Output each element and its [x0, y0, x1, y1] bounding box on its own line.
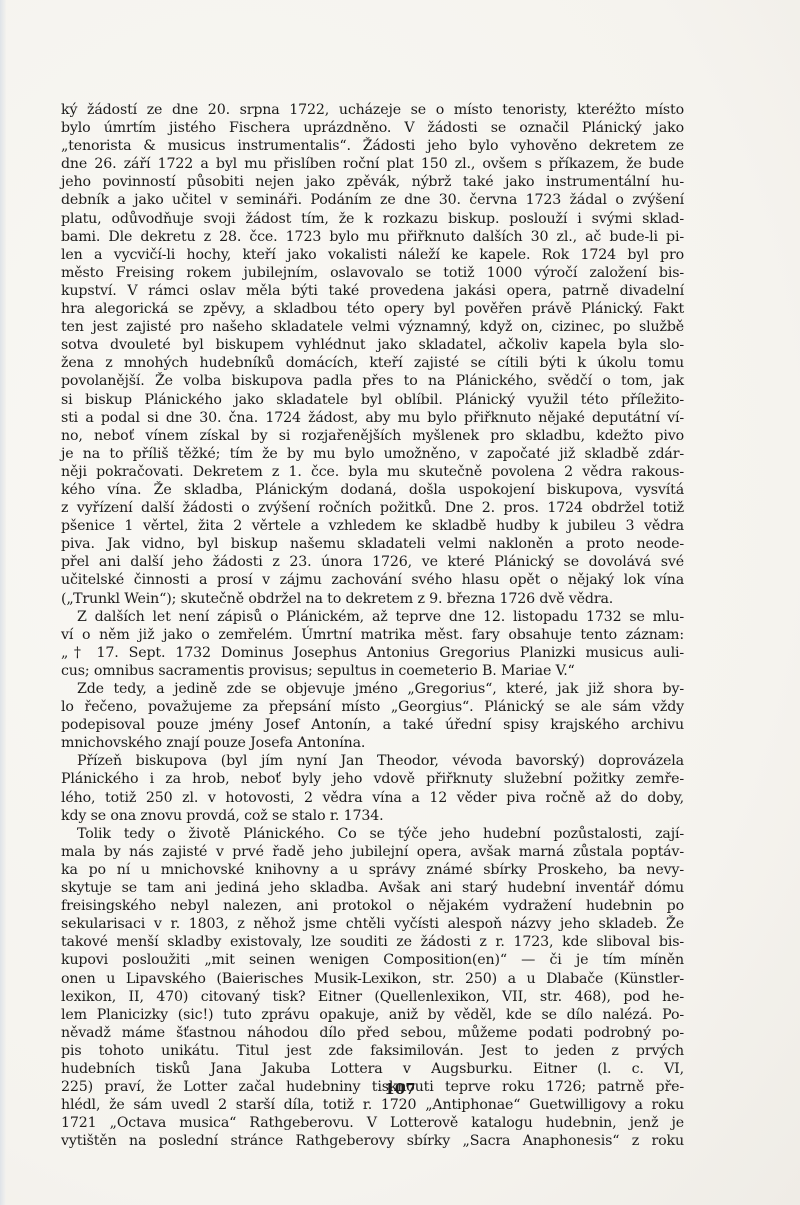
text-line: něvadž máme šťastnou náhodou dílo před s… — [61, 1024, 684, 1042]
text-line: Přízeň biskupova (byl jím nyní Jan Theod… — [61, 752, 684, 770]
text-line: sti a podal si dne 30. čna. 1724 žádost,… — [61, 409, 684, 427]
text-line: kupství. V rámci oslav měla býti také pr… — [61, 282, 684, 300]
text-line: město Freising rokem jubilejním, oslavov… — [61, 264, 684, 282]
text-line: sekularisaci v r. 1803, z něhož jsme cht… — [61, 915, 684, 933]
text-line: pis tohoto unikátu. Titul jest zde faksi… — [61, 1042, 684, 1060]
text-line: „† 17. Sept. 1732 Dominus Josephus Anton… — [61, 644, 684, 662]
text-line: no, neboť vínem získal by si rozjařenějš… — [61, 427, 684, 445]
text-line: onen u Lipavského (Baierisches Musik-Lex… — [61, 970, 684, 988]
text-line: lem Planicizky (sic!) tuto zprávu opakuj… — [61, 1006, 684, 1024]
text-line: ví o něm již jako o zemřelém. Úmrtní mat… — [61, 626, 684, 644]
text-line: kupovi posloužiti „mit seinen wenigen Co… — [61, 951, 684, 969]
text-line: („Trunkl Wein“); skutečně obdržel na to … — [61, 590, 684, 608]
page-left-edge — [0, 0, 6, 1205]
text-line: kého vína. Že skladba, Plánickým dodaná,… — [61, 481, 684, 499]
text-line: lexikon, II, 470) citovaný tisk? Eitner … — [61, 988, 684, 1006]
text-line: 1721 „Octava musica“ Rathgeberovu. V Lot… — [61, 1114, 684, 1132]
text-line: debník a jako učitel v semináři. Podáním… — [61, 191, 684, 209]
text-line: Plánického i za hrob, neboť byly jeho vd… — [61, 770, 684, 788]
text-line: platu, odůvodňuje svoji žádost tím, že k… — [61, 210, 684, 228]
text-line: Zde tedy, a jedině zde se objevuje jméno… — [61, 680, 684, 698]
text-line: piva. Jak vidno, byl biskup našemu sklad… — [61, 535, 684, 553]
text-line: vytištěn na poslední stránce Rathgeberov… — [61, 1132, 684, 1150]
text-line: hlédl, že sám uvedl 2 starší díla, totiž… — [61, 1096, 684, 1114]
text-line: dne 26. září 1722 a byl mu přislíben roč… — [61, 155, 684, 173]
text-line: Tolik tedy o životě Plánického. Co se tý… — [61, 825, 684, 843]
text-line: len a vycvičí-li hochy, kteří jako vokal… — [61, 246, 684, 264]
text-line: bami. Dle dekretu z 28. čce. 1723 bylo m… — [61, 228, 684, 246]
text-line: freisingského nebyl nalezen, ani protoko… — [61, 897, 684, 915]
text-line: povolanější. Že volba biskupova padla př… — [61, 372, 684, 390]
text-line: kdy se ona znovu provdá, což se stalo r.… — [61, 807, 684, 825]
text-line: bylo úmrtím jistého Fischera uprázdněno.… — [61, 119, 684, 137]
text-line: ten jest zajisté pro našeho skladatele v… — [61, 318, 684, 336]
text-line: lo řečeno, považujeme za přepsání místo … — [61, 698, 684, 716]
text-line: „tenorista & musicus instrumentalis“. Žá… — [61, 137, 684, 155]
text-line: si biskup Plánického jako skladatele byl… — [61, 391, 684, 409]
text-line: podepisoval pouze jmény Josef Antonín, a… — [61, 716, 684, 734]
text-line: cus; omnibus sacramentis provisus; sepul… — [61, 662, 684, 680]
page-number: 107 — [0, 1080, 800, 1098]
text-line: učitelské činnosti a prosí v zájmu zacho… — [61, 571, 684, 589]
text-line: skytuje se tam ani jediná jeho skladba. … — [61, 879, 684, 897]
text-line: přel ani další jeho žádosti z 23. února … — [61, 553, 684, 571]
text-line: mnichovského znají pouze Josefa Antonína… — [61, 734, 684, 752]
text-line: jeho povinností působiti nejen jako zpěv… — [61, 173, 684, 191]
body-text: ký žádostí ze dne 20. srpna 1722, ucháze… — [61, 101, 684, 1150]
text-line: lého, totiž 250 zl. v hotovosti, 2 vědra… — [61, 789, 684, 807]
text-line: hra alegorická se zpěvy, a skladbou této… — [61, 300, 684, 318]
text-line: ka po ní u mnichovské knihovny a u správ… — [61, 861, 684, 879]
scanned-page: ký žádostí ze dne 20. srpna 1722, ucháze… — [0, 0, 800, 1205]
text-line: pšenice 1 věrtel, žita 2 věrtele a vzhle… — [61, 517, 684, 535]
text-line: mala by nás zajisté v prvé řadě jeho jub… — [61, 843, 684, 861]
text-line: ký žádostí ze dne 20. srpna 1722, ucháze… — [61, 101, 684, 119]
text-line: z vyřízení další žádosti o zvýšení roční… — [61, 499, 684, 517]
text-line: Z dalších let není zápisů o Plánickém, a… — [61, 608, 684, 626]
text-line: žena z mnohých hudebníků domácích, kteří… — [61, 354, 684, 372]
text-line: sotva dvouleté byl biskupem vyhlédnut ja… — [61, 336, 684, 354]
text-line: je na to příliš těžké; tím že by mu bylo… — [61, 445, 684, 463]
text-line: takové menší skladby existovaly, lze sou… — [61, 933, 684, 951]
text-line: hudebních tisků Jana Jakuba Lottera v Au… — [61, 1060, 684, 1078]
text-line: něji pokračovati. Dekretem z 1. čce. byl… — [61, 463, 684, 481]
